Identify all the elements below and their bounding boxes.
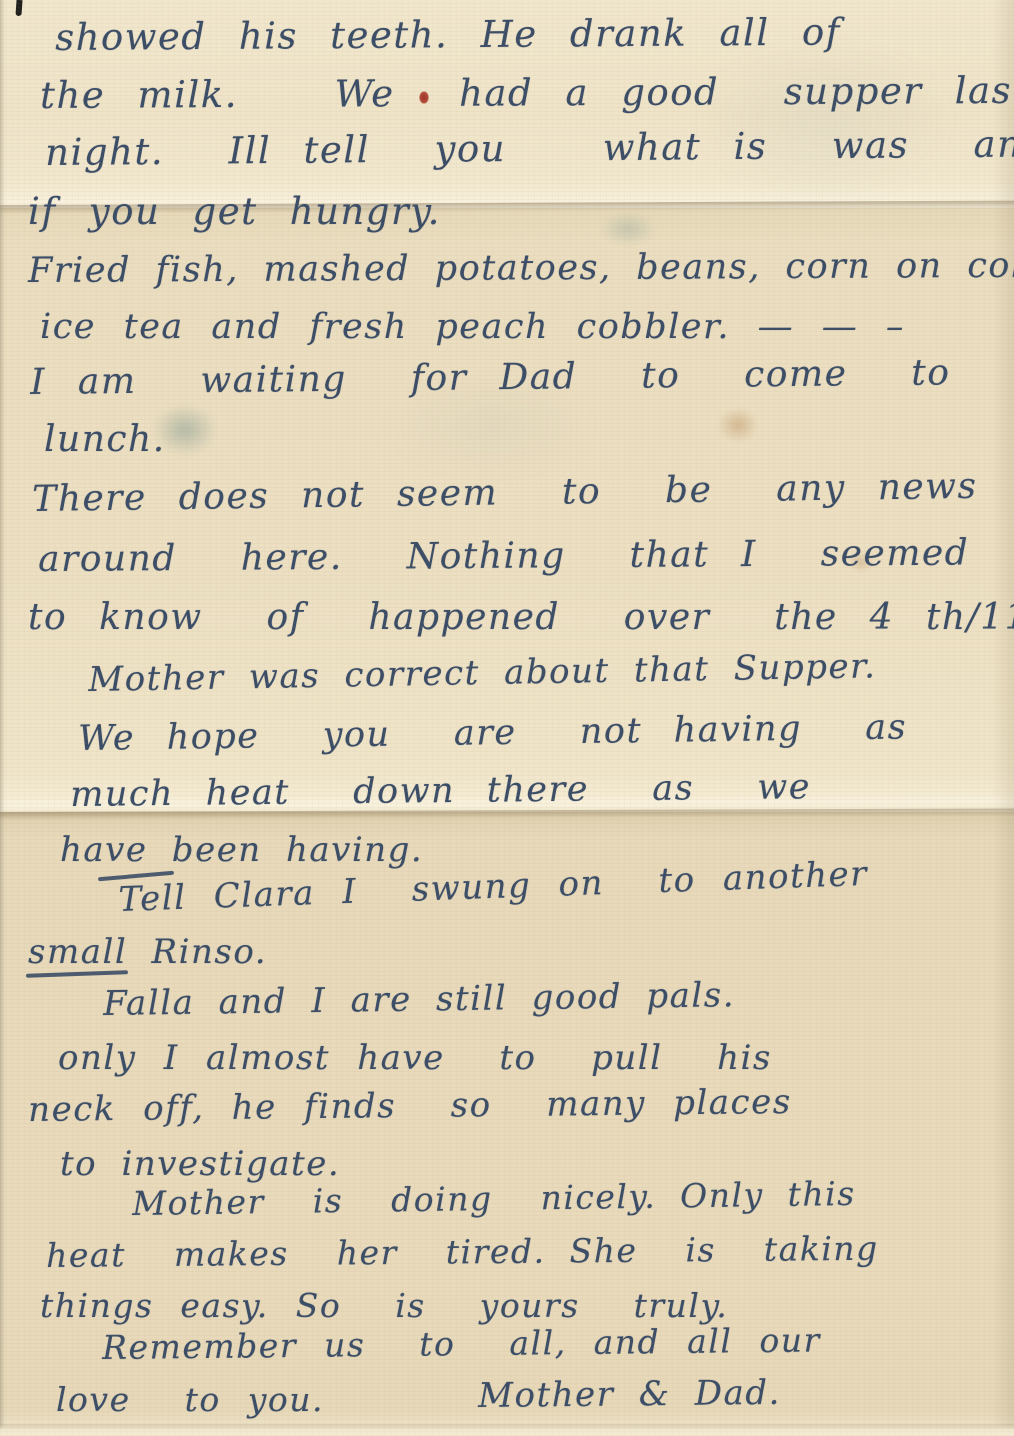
handwriting-line: love to you. <box>56 1382 324 1418</box>
handwriting-line: Fried fish, mashed potatoes, beans, corn… <box>28 247 1014 291</box>
signature-line: Mother & Dad. <box>478 1375 781 1416</box>
handwriting-line: have been having. <box>60 832 423 869</box>
handwriting-line: to know of happened over the 4 th/11 . <box>28 598 1014 638</box>
handwriting-line: Falla and I are still good pals. <box>103 977 735 1023</box>
letter-page: showed his teeth. He drank all of the mi… <box>0 0 1014 1436</box>
paper-edge-left <box>0 0 5 1436</box>
corner-pen-mark <box>15 0 22 16</box>
handwriting-line: if you get hungry. <box>28 192 441 233</box>
handwriting-line: small Rinso. <box>28 934 267 971</box>
handwriting-line: night. Ill tell you what is was and see <box>45 123 1014 173</box>
handwriting-line: neck off, he finds so many places <box>28 1084 792 1129</box>
handwriting-line: lunch. <box>44 420 166 460</box>
handwriting-line: only I almost have to pull his <box>58 1040 772 1077</box>
handwriting-line: ice tea and fresh peach cobbler. — — – <box>40 308 905 347</box>
handwriting-line: to investigate. <box>60 1146 340 1183</box>
handwriting-line: things easy. So is yours truly. <box>40 1288 728 1324</box>
handwriting-line: heat makes her tired. She is taking <box>46 1231 879 1275</box>
handwriting-line: the milk. We had a good supper last <box>40 71 1014 117</box>
handwriting-line: around here. Nothing that I seemed <box>38 533 969 579</box>
handwriting-line: showed his teeth. He drank all of <box>55 13 841 59</box>
paper-edge-right <box>992 0 1014 1436</box>
handwriting-line: Remember us to all, and all our <box>102 1322 821 1366</box>
paper-edge-bottom <box>0 1424 1014 1436</box>
handwriting-line: much heat down there as we <box>70 768 811 814</box>
